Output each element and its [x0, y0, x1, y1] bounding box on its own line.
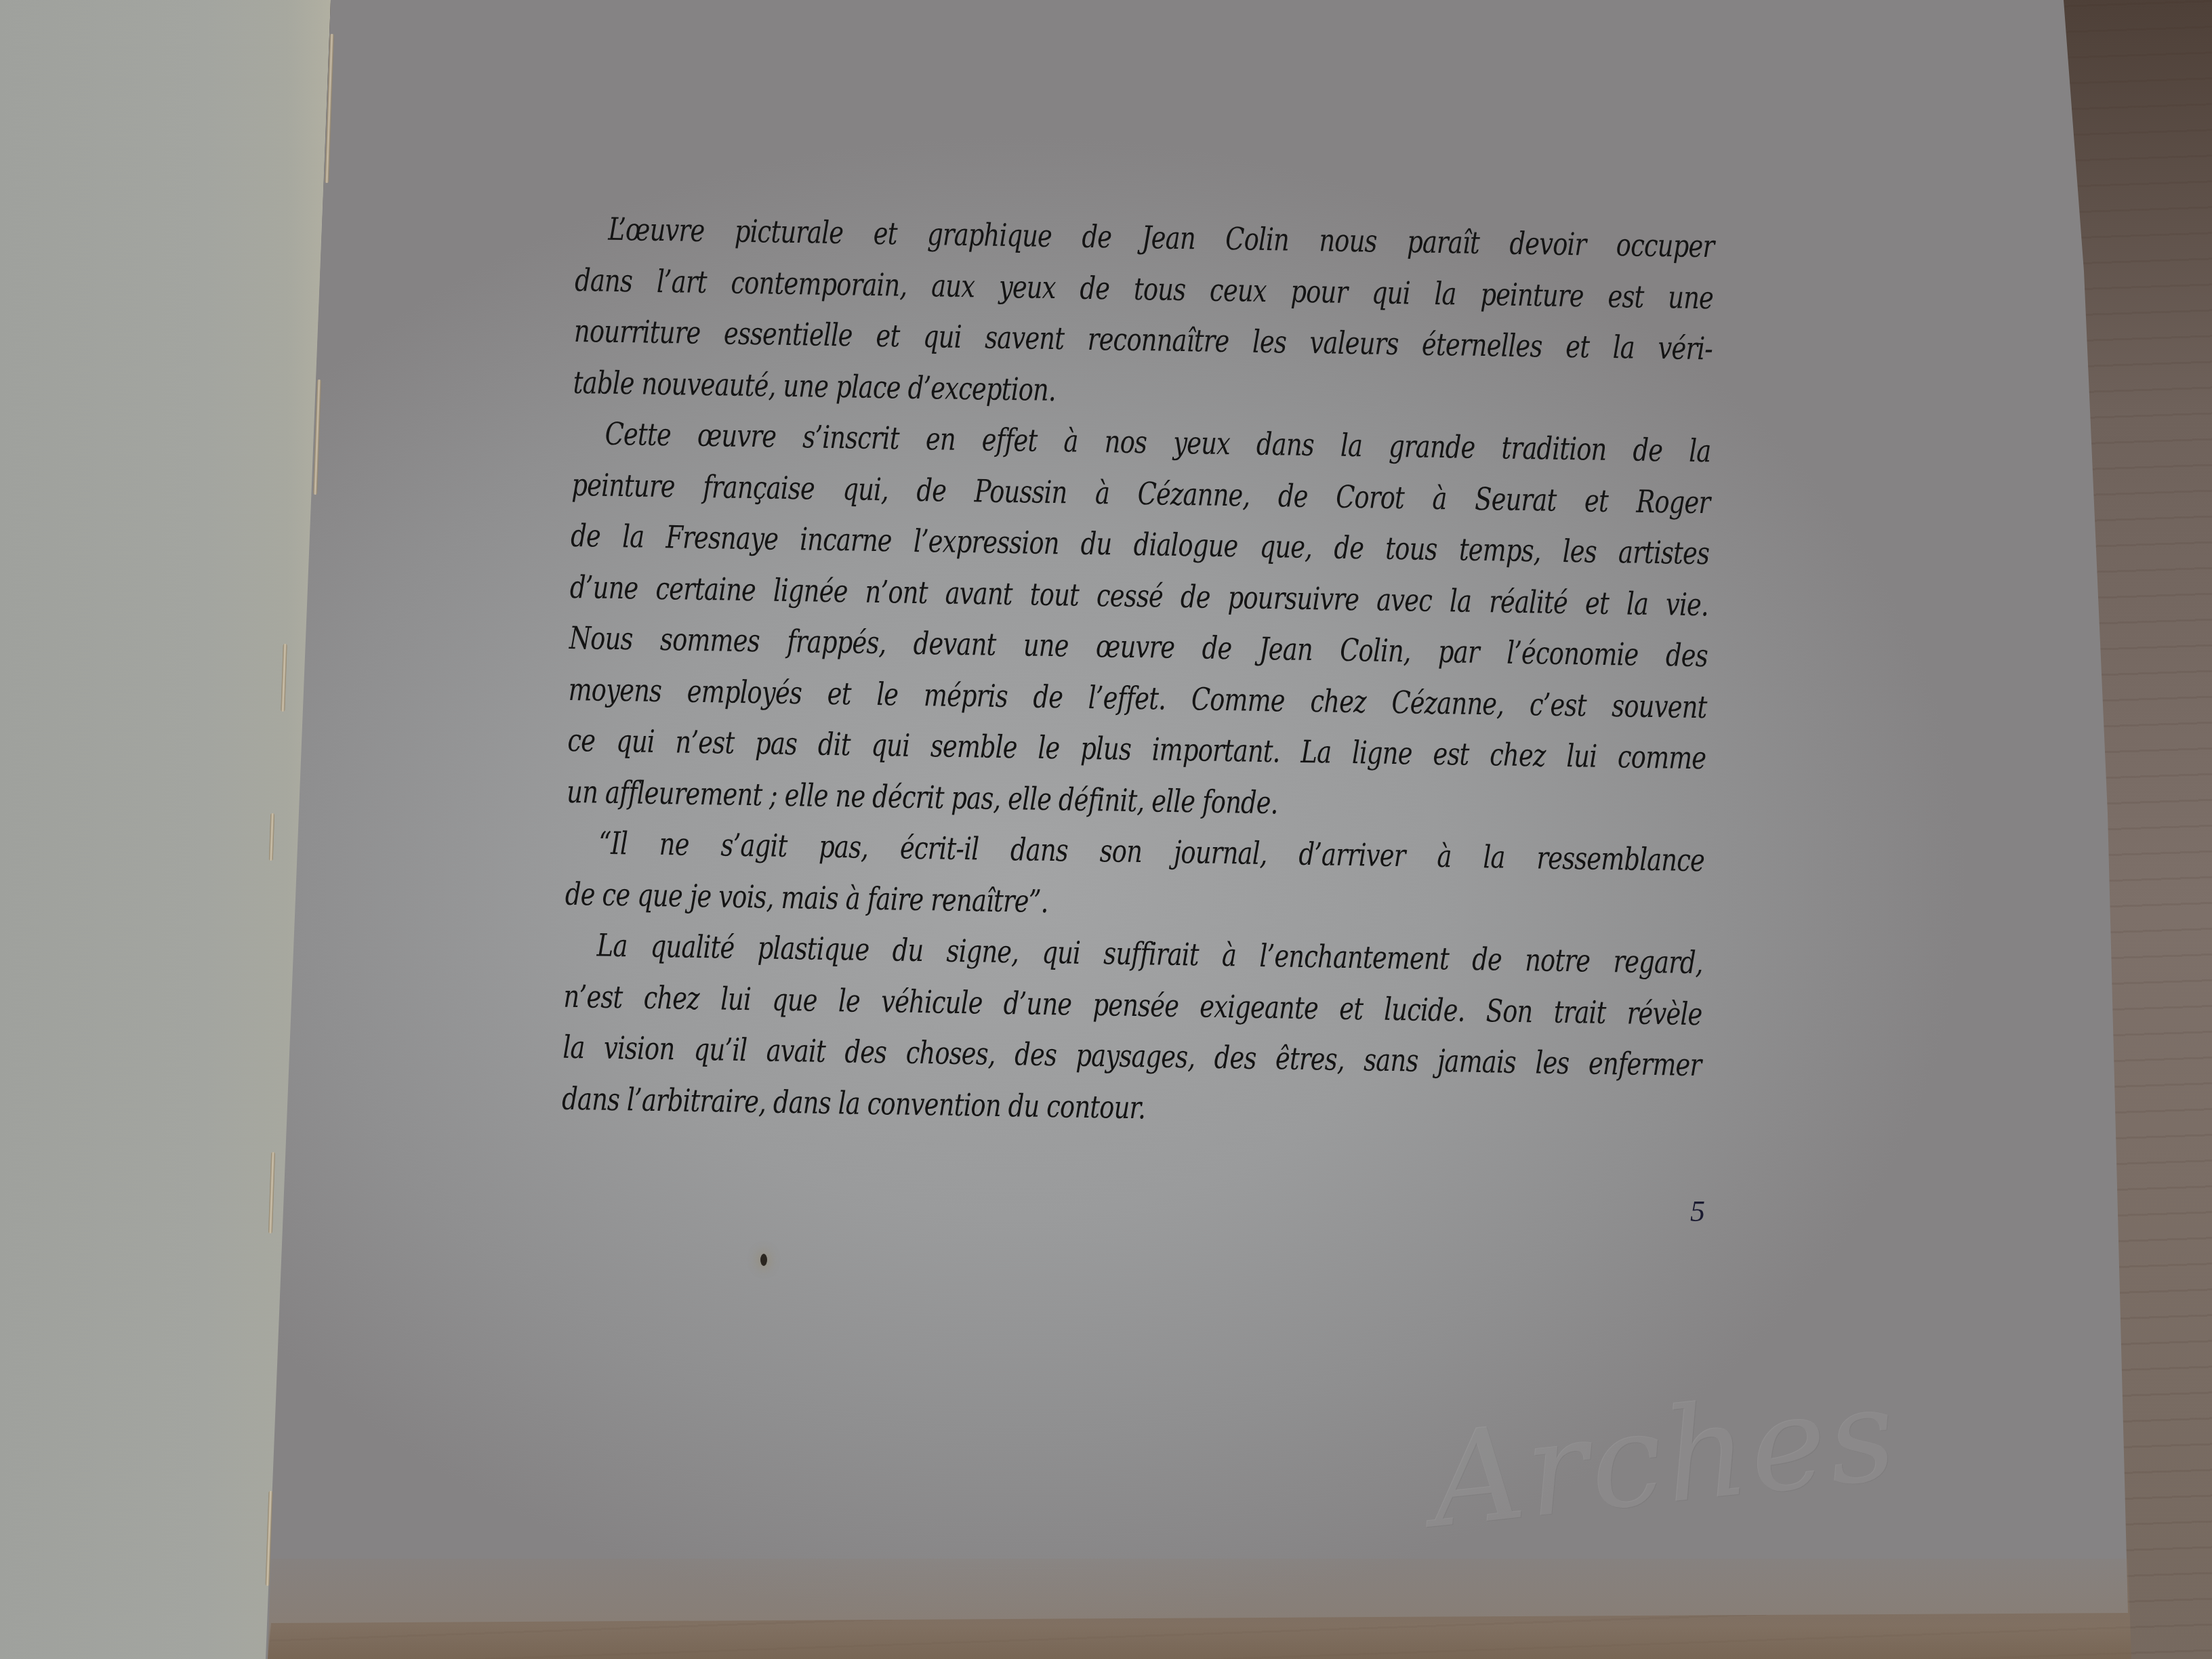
paragraph-4: La qualité plastique du signe, qui suffi…	[562, 920, 1704, 1142]
foxing-spot	[760, 1254, 767, 1266]
page-number: 5	[1690, 1194, 1705, 1229]
paragraph-1: L’œuvre picturale et graphique de Jean C…	[573, 203, 1715, 426]
paragraph-3-quote: “Il ne s’agit pas, écrit-il dans son jou…	[565, 817, 1704, 937]
paragraph-2: Cette œuvre s’inscrit en effet à nos yeu…	[567, 408, 1711, 835]
body-text: L’œuvre picturale et graphique de Jean C…	[562, 203, 1715, 1142]
